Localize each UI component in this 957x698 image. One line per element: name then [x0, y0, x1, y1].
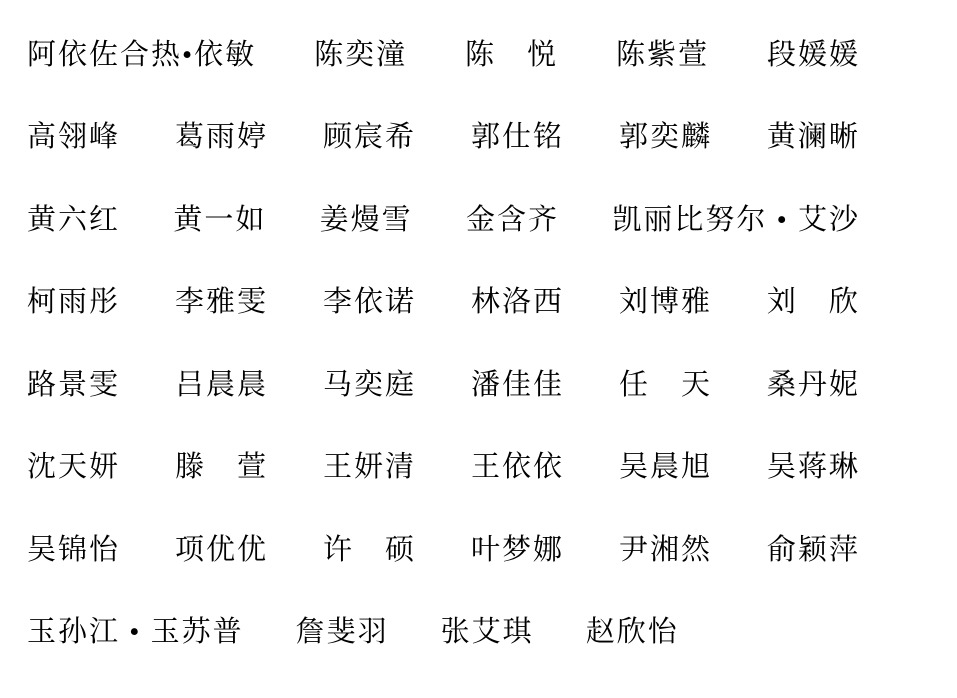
person-name: 马奕庭 — [323, 371, 416, 400]
person-name: 陈紫萱 — [616, 41, 709, 70]
person-name: 吴晨旭 — [619, 453, 712, 482]
name-row: 阿依佐合热•依敏 陈奕潼 陈 悦 陈紫萱 段媛媛 — [27, 14, 860, 97]
person-name: 吕晨晨 — [175, 371, 268, 400]
person-name: 金含齐 — [466, 206, 559, 235]
person-name: 俞颖萍 — [767, 536, 860, 565]
person-name: 吴蒋琳 — [767, 453, 860, 482]
person-name: 赵欣怡 — [586, 618, 679, 647]
person-name: 阿依佐合热•依敏 — [27, 41, 256, 70]
person-name: 郭仕铭 — [471, 123, 564, 152]
person-name: 许 硕 — [323, 536, 416, 565]
person-name: 项优优 — [175, 536, 268, 565]
person-name: 姜熳雪 — [320, 206, 413, 235]
person-name: 陈奕潼 — [314, 41, 407, 70]
person-name: 路景雯 — [27, 371, 120, 400]
person-name: 滕 萱 — [175, 453, 268, 482]
person-name: 王依依 — [471, 453, 564, 482]
person-name: 刘博雅 — [619, 288, 712, 317]
name-row: 柯雨彤 李雅雯 李依诺 林洛西 刘博雅 刘 欣 — [27, 262, 860, 345]
person-name: 黄澜晰 — [767, 123, 860, 152]
person-name: 林洛西 — [471, 288, 564, 317]
name-row: 黄六红 黄一如 姜熳雪 金含齐 凯丽比努尔 • 艾沙 — [27, 179, 860, 262]
person-name: 高翎峰 — [27, 123, 120, 152]
person-name: 王妍清 — [323, 453, 416, 482]
person-name: 詹斐羽 — [296, 618, 389, 647]
name-row: 高翎峰 葛雨婷 顾宸希 郭仕铭 郭奕麟 黄澜晰 — [27, 97, 860, 180]
person-name: 玉孙江 • 玉苏普 — [27, 618, 244, 647]
person-name: 黄一如 — [173, 206, 266, 235]
person-name: 刘 欣 — [767, 288, 860, 317]
name-row: 吴锦怡 项优优 许 硕 叶梦娜 尹湘然 俞颖萍 — [27, 509, 860, 592]
person-name: 凯丽比努尔 • 艾沙 — [612, 206, 860, 235]
name-row: 玉孙江 • 玉苏普 詹斐羽 张艾琪 赵欣怡 — [27, 592, 860, 675]
person-name: 尹湘然 — [619, 536, 712, 565]
person-name: 任 天 — [619, 371, 712, 400]
name-row: 沈天妍 滕 萱 王妍清 王依依 吴晨旭 吴蒋琳 — [27, 427, 860, 510]
person-name: 顾宸希 — [323, 123, 416, 152]
person-name: 郭奕麟 — [619, 123, 712, 152]
person-name: 桑丹妮 — [767, 371, 860, 400]
person-name: 段媛媛 — [767, 41, 860, 70]
person-name: 张艾琪 — [441, 618, 534, 647]
person-name: 李雅雯 — [175, 288, 268, 317]
person-name: 潘佳佳 — [471, 371, 564, 400]
person-name: 叶梦娜 — [471, 536, 564, 565]
person-name: 沈天妍 — [27, 453, 120, 482]
person-name: 黄六红 — [27, 206, 120, 235]
person-name: 李依诺 — [323, 288, 416, 317]
name-roster-document: 阿依佐合热•依敏 陈奕潼 陈 悦 陈紫萱 段媛媛 高翎峰 葛雨婷 顾宸希 郭仕铭… — [0, 0, 957, 698]
person-name: 葛雨婷 — [175, 123, 268, 152]
person-name: 陈 悦 — [465, 41, 558, 70]
person-name: 吴锦怡 — [27, 536, 120, 565]
name-row: 路景雯 吕晨晨 马奕庭 潘佳佳 任 天 桑丹妮 — [27, 344, 860, 427]
person-name: 柯雨彤 — [27, 288, 120, 317]
